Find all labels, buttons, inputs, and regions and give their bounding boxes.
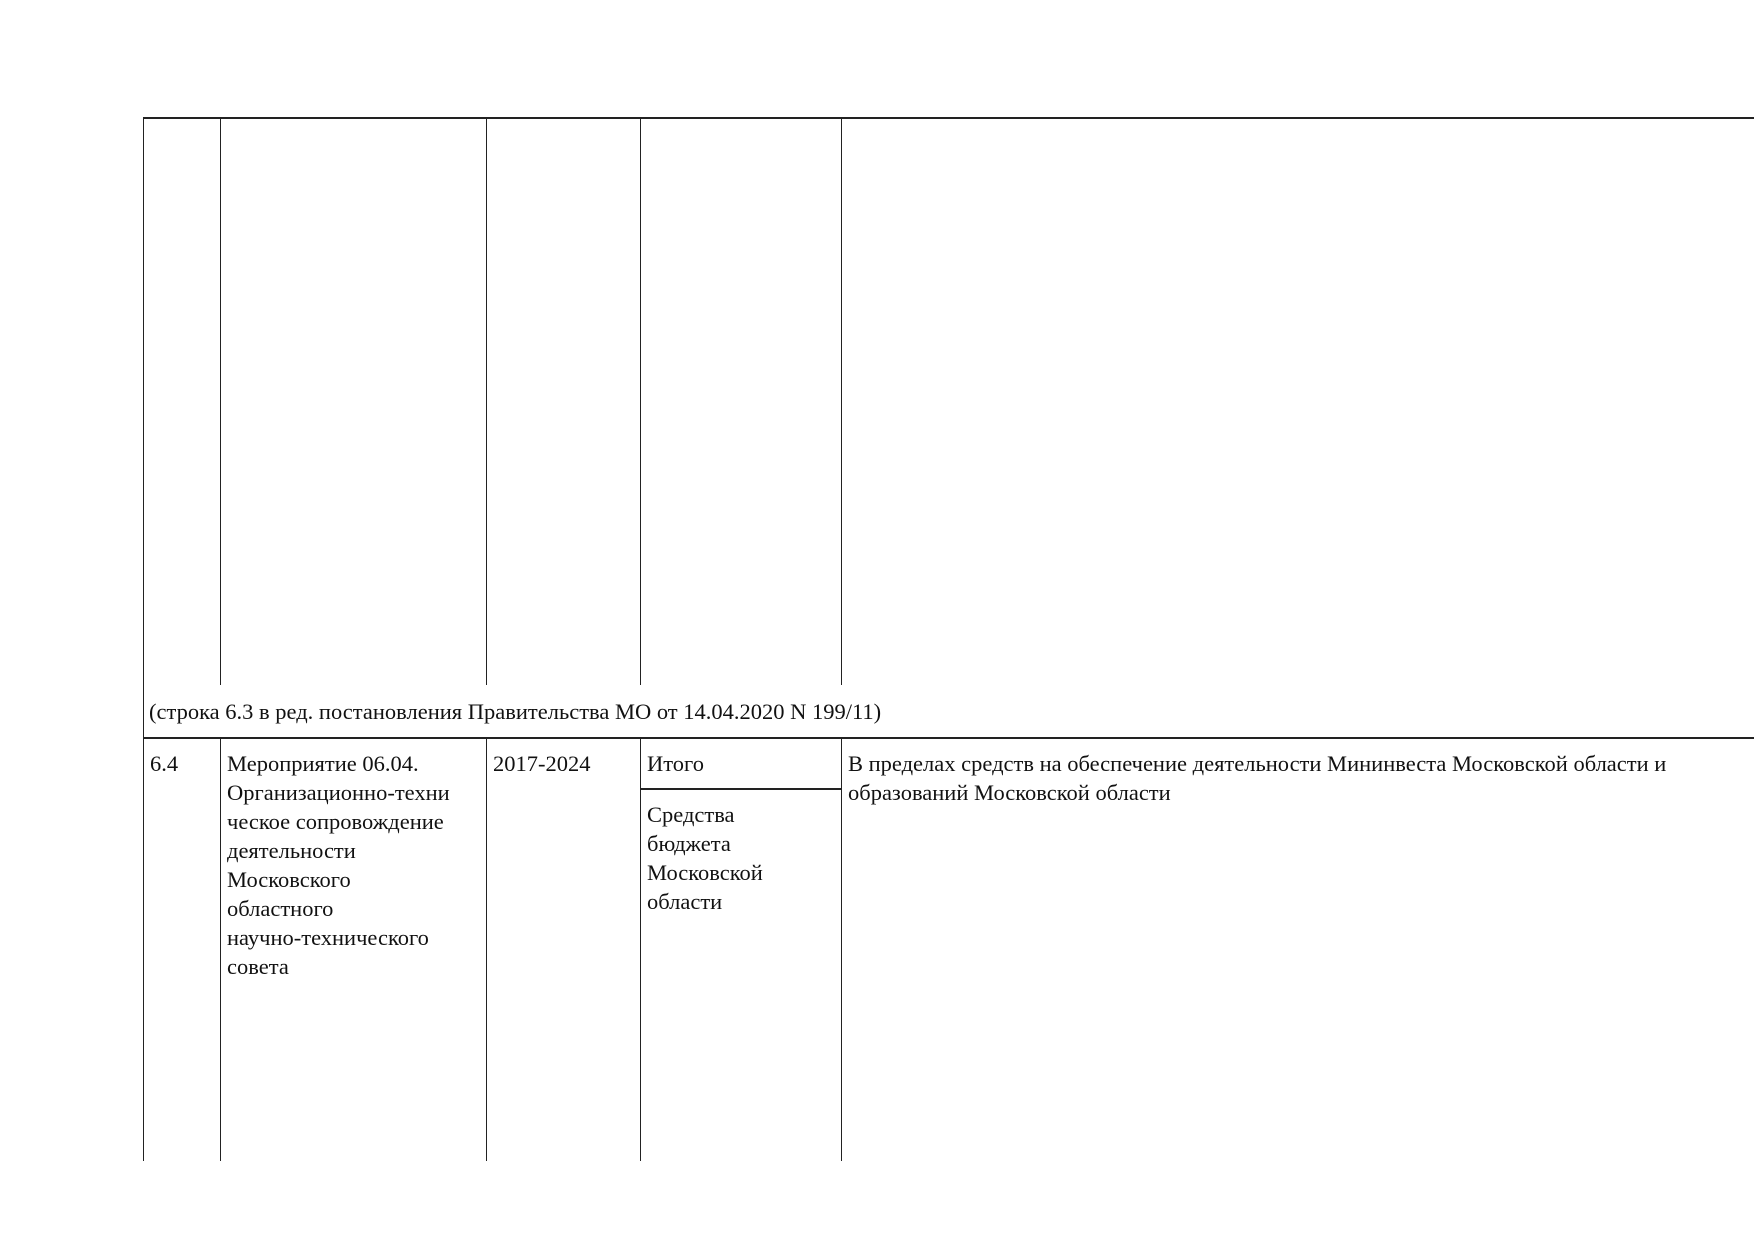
funding-source-line: бюджета: [647, 829, 731, 858]
event-name-line: ческое сопровождение: [227, 807, 444, 836]
event-name-line: деятельности: [227, 836, 356, 865]
table-left-border: [143, 118, 144, 1161]
row-number: 6.4: [150, 749, 178, 778]
funding-source-line: Московской: [647, 858, 763, 887]
event-name-line: Московского: [227, 865, 351, 894]
event-name-line: областного: [227, 894, 333, 923]
funding-source-line: Средства: [647, 800, 735, 829]
col-divider-2-upper: [486, 118, 487, 685]
event-name-line: Мероприятие 06.04.: [227, 749, 419, 778]
amendment-note: (строка 6.3 в ред. постановления Правите…: [149, 697, 881, 726]
event-name-line: совета: [227, 952, 289, 981]
event-name-line: научно-технического: [227, 923, 429, 952]
table-top-border: [143, 117, 1754, 119]
funding-total-separator: [640, 788, 841, 790]
col-divider-2-lower: [486, 738, 487, 1161]
col-divider-4-lower: [841, 738, 842, 1161]
col-divider-3-upper: [640, 118, 641, 685]
period: 2017-2024: [493, 749, 591, 778]
description-line: образований Московской области: [848, 778, 1171, 807]
funding-total-label: Итого: [647, 749, 704, 778]
col-divider-4-upper: [841, 118, 842, 685]
col-divider-1-upper: [220, 118, 221, 685]
col-divider-1-lower: [220, 738, 221, 1161]
funding-source-line: области: [647, 887, 722, 916]
description-line: В пределах средств на обеспечение деятел…: [848, 749, 1666, 778]
col-divider-3-lower: [640, 738, 641, 1161]
row-6-4-top-border: [143, 737, 1754, 739]
event-name-line: Организационно-техни: [227, 778, 450, 807]
